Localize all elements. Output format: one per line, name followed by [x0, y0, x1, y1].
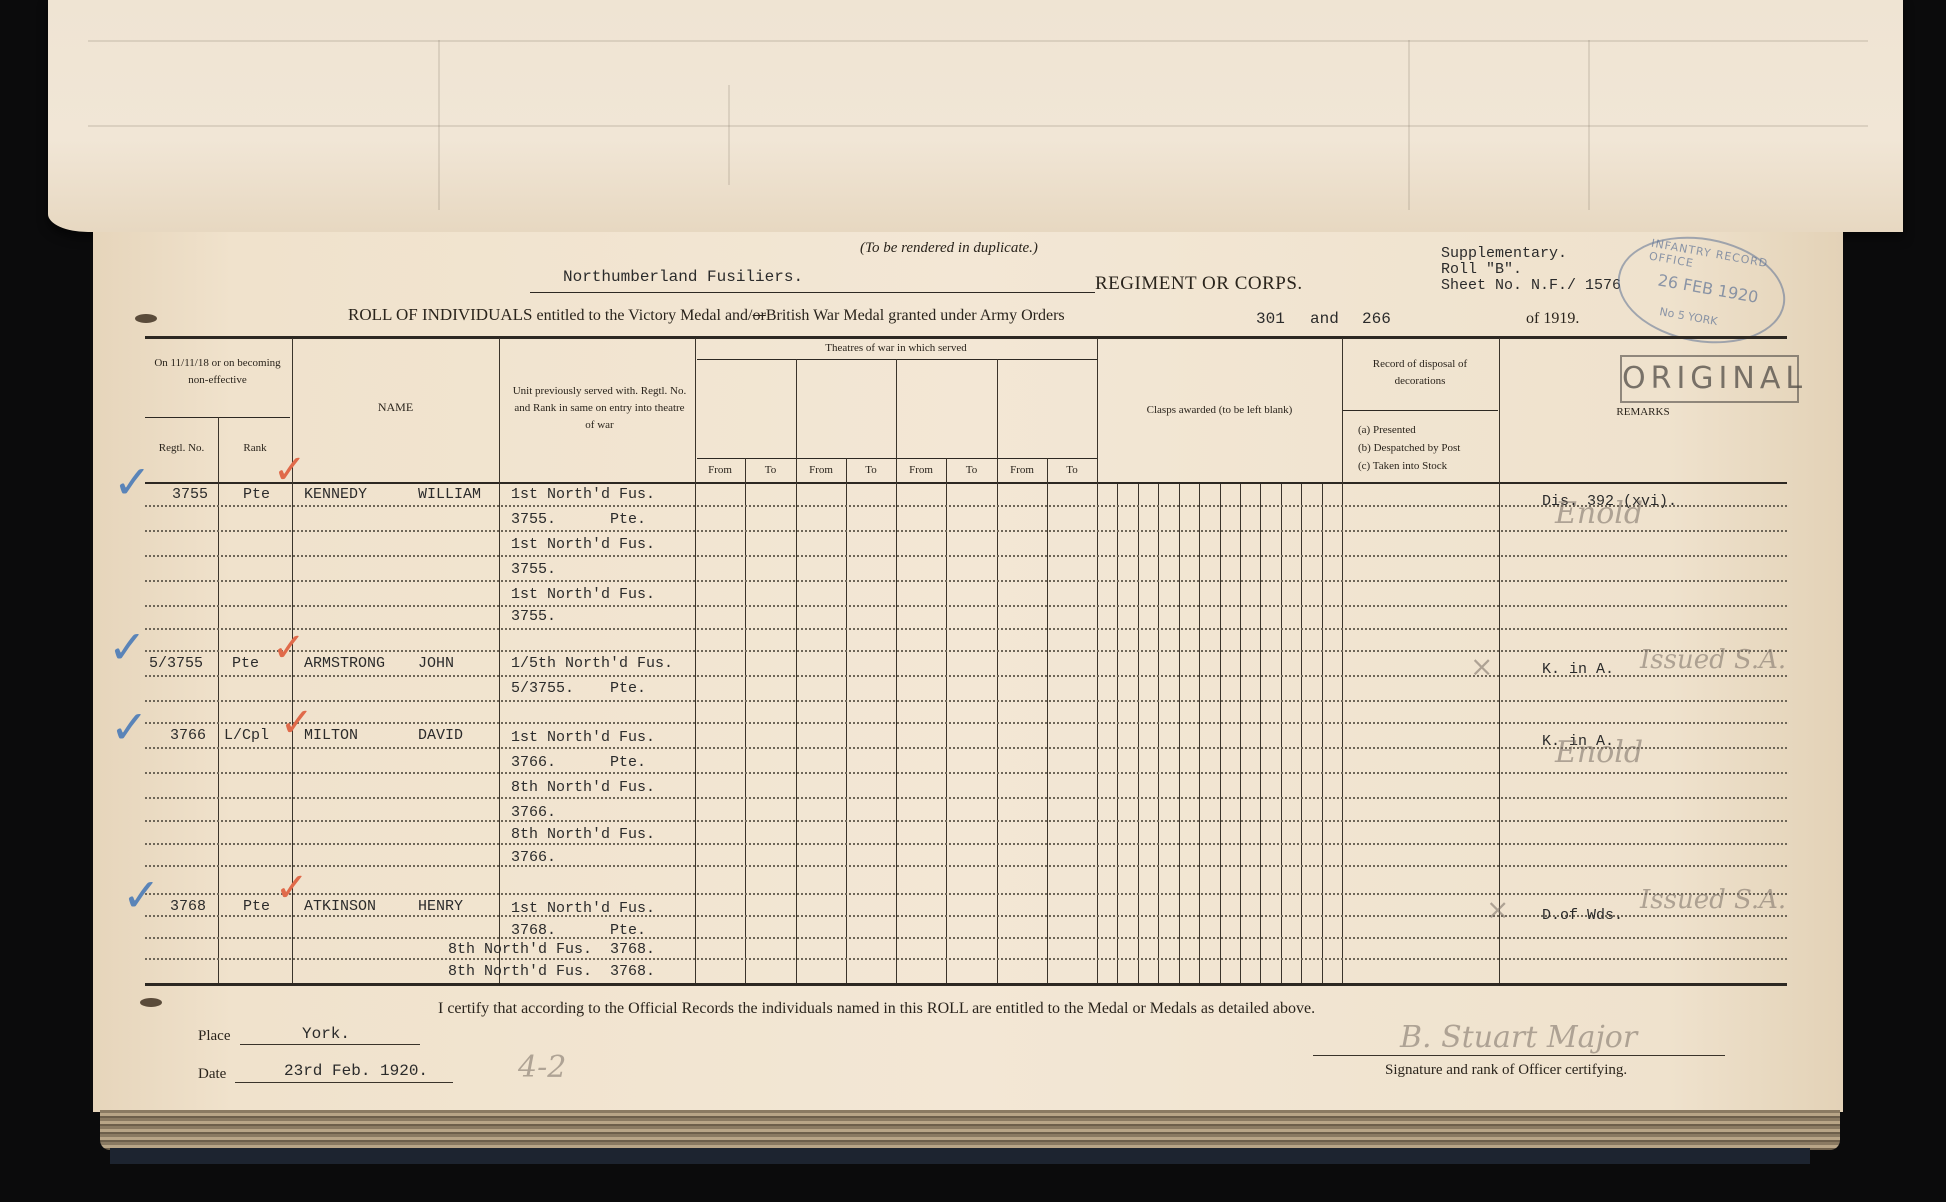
- rank: Pte: [232, 655, 259, 672]
- surname: ATKINSON: [304, 898, 376, 915]
- regtl-no: 5/3755: [149, 655, 203, 672]
- pencil-note: Enold: [1555, 735, 1643, 770]
- binder-hole-top: [135, 314, 157, 323]
- regiment-label: REGIMENT OR CORPS.: [1095, 273, 1303, 295]
- remarks: K. in A.: [1542, 661, 1614, 678]
- rank: Pte: [243, 898, 270, 915]
- army-order-2: 266: [1362, 310, 1391, 328]
- regtl-no: 3768: [170, 898, 206, 915]
- regiment-name: Northumberland Fusiliers.: [563, 268, 803, 286]
- date-label: Date: [198, 1066, 226, 1083]
- red-check-icon: ✓: [275, 865, 309, 911]
- order-year: of 1919.: [1526, 310, 1579, 328]
- surname: ARMSTRONG: [304, 655, 385, 672]
- forename: JOHN: [418, 655, 454, 672]
- disposal-options: (a) Presented (b) Despatched by Post (c)…: [1358, 421, 1460, 475]
- rank: L/Cpl: [224, 727, 269, 744]
- header-regtl-no: Regtl. No.: [145, 440, 218, 457]
- header-effective-group: On 11/11/18 or on becoming non-effective: [145, 355, 290, 389]
- forename: HENRY: [418, 898, 463, 915]
- pencil-note: Issued S.A.: [1640, 885, 1786, 915]
- header-unit-previous: Unit previously served with. Regtl. No. …: [512, 383, 687, 434]
- sheet-number: 1576: [1585, 277, 1621, 294]
- regtl-no: 3766: [170, 727, 206, 744]
- forename: DAVID: [418, 727, 463, 744]
- table-bottom-rule: [145, 983, 1787, 986]
- pencil-number: 4-2: [518, 1050, 566, 1085]
- blue-check-icon: ✓: [110, 700, 149, 754]
- roll-heading: ROLL OF INDIVIDUALS entitled to the Vict…: [348, 305, 1065, 325]
- table-header-rule: [145, 482, 1787, 484]
- date-value: 23rd Feb. 1920.: [284, 1062, 428, 1080]
- blue-check-icon: ✓: [113, 455, 152, 509]
- rank: Pte: [243, 486, 270, 503]
- regtl-no: 3755: [172, 486, 208, 503]
- sheet-info: Supplementary. Roll "B". Sheet No. N.F./…: [1441, 246, 1621, 294]
- signature-label: Signature and rank of Officer certifying…: [1385, 1062, 1627, 1079]
- duplicate-note: (To be rendered in duplicate.): [860, 240, 1038, 257]
- book-page-edges: [100, 1110, 1840, 1150]
- officer-signature: B. Stuart Major: [1400, 1020, 1637, 1055]
- header-clasps: Clasps awarded (to be left blank): [1097, 402, 1342, 419]
- surname: KENNEDY: [304, 486, 367, 503]
- red-check-icon: ✓: [273, 447, 307, 493]
- remarks: D.of Wds.: [1542, 907, 1623, 924]
- roll-heading-text: entitled to the Victory Medal and/: [536, 307, 752, 324]
- roll-heading-struck: or: [753, 307, 766, 324]
- certification-statement: I certify that according to the Official…: [438, 1000, 1315, 1018]
- army-order-1: 301: [1256, 310, 1285, 328]
- regiment-underline: [530, 292, 1095, 293]
- forename: WILLIAM: [418, 486, 481, 503]
- place-value: York.: [302, 1025, 350, 1043]
- roll-heading-text2: British War Medal granted under Army Ord…: [766, 307, 1065, 324]
- previous-page-overturned: [48, 0, 1903, 232]
- disposal-cross-mark: ×: [1486, 893, 1509, 926]
- header-name: NAME: [292, 398, 499, 417]
- header-remarks: REMARKS: [1499, 404, 1787, 421]
- binder-hole-bottom: [140, 998, 162, 1007]
- table-top-rule: [145, 336, 1787, 339]
- pencil-note: Enold: [1555, 496, 1643, 531]
- header-disposal: Record of disposal of decorations: [1350, 356, 1490, 390]
- blue-check-icon: ✓: [108, 620, 147, 674]
- red-check-icon: ✓: [280, 700, 314, 746]
- red-check-icon: ✓: [272, 625, 306, 671]
- original-stamp: ORIGINAL: [1620, 355, 1799, 403]
- disposal-cross-mark: ×: [1470, 650, 1493, 683]
- theatre-from-to-headers: From To From To From To From To: [695, 462, 1097, 479]
- place-label: Place: [198, 1028, 230, 1045]
- signature-line: [1313, 1055, 1725, 1056]
- blue-check-icon: ✓: [122, 868, 161, 922]
- supplementary-label: Supplementary.: [1441, 246, 1621, 262]
- army-order-and: and: [1310, 310, 1339, 328]
- header-theatres: Theatres of war in which served: [695, 340, 1097, 357]
- book-cover-edge: [110, 1148, 1810, 1164]
- roll-heading-prefix: ROLL OF INDIVIDUALS: [348, 305, 532, 324]
- sheet-label: Sheet No. N.F./: [1441, 277, 1576, 294]
- roll-label: Roll "B".: [1441, 262, 1621, 278]
- pencil-note: Issued S.A.: [1640, 645, 1786, 675]
